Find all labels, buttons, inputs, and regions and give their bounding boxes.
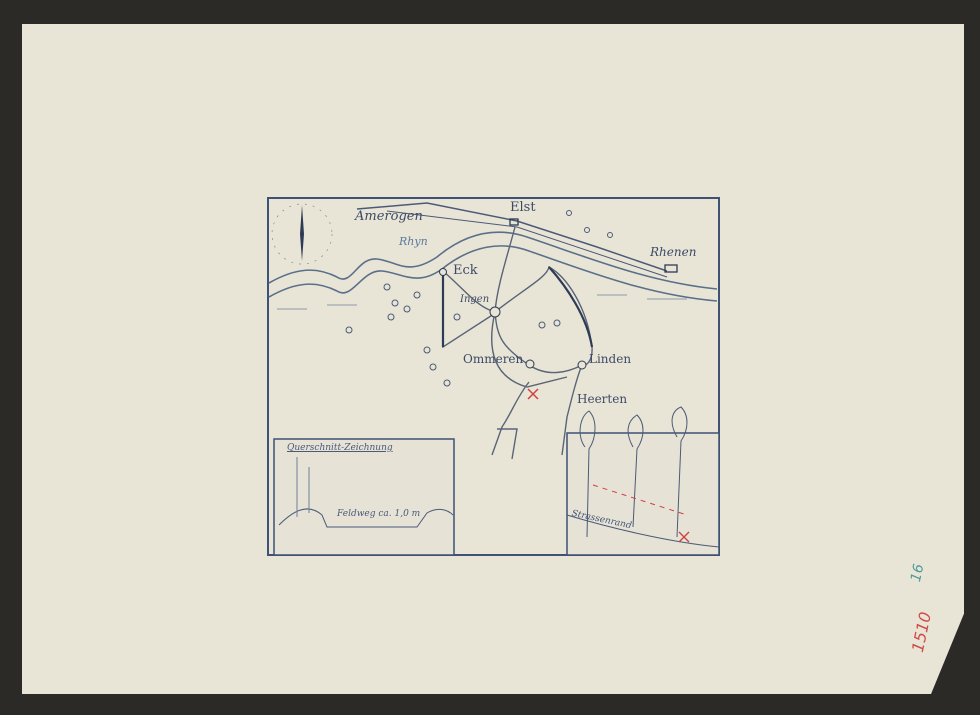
red-marker-icon	[528, 389, 538, 399]
river-label: Rhyn	[399, 235, 428, 248]
place-label-amerongen: Amerogen	[355, 209, 423, 224]
place-label-heerten: Heerten	[577, 392, 627, 406]
inset-title: Querschnitt-Zeichnung	[287, 443, 393, 453]
place-label-rhenen: Rhenen	[650, 245, 696, 259]
place-label-linden: Linden	[589, 352, 631, 366]
place-label-ingen: Ingen	[460, 294, 489, 305]
place-label-ommeren: Ommeren	[463, 352, 523, 366]
compass-icon	[272, 204, 332, 264]
map-frame: Amerogen Elst Rhenen Rhyn Eck Ingen Omme…	[267, 197, 720, 557]
place-label-elst: Elst	[510, 200, 536, 215]
place-label-eck: Eck	[453, 263, 478, 278]
inset-caption: Feldweg ca. 1,0 m	[337, 509, 420, 519]
